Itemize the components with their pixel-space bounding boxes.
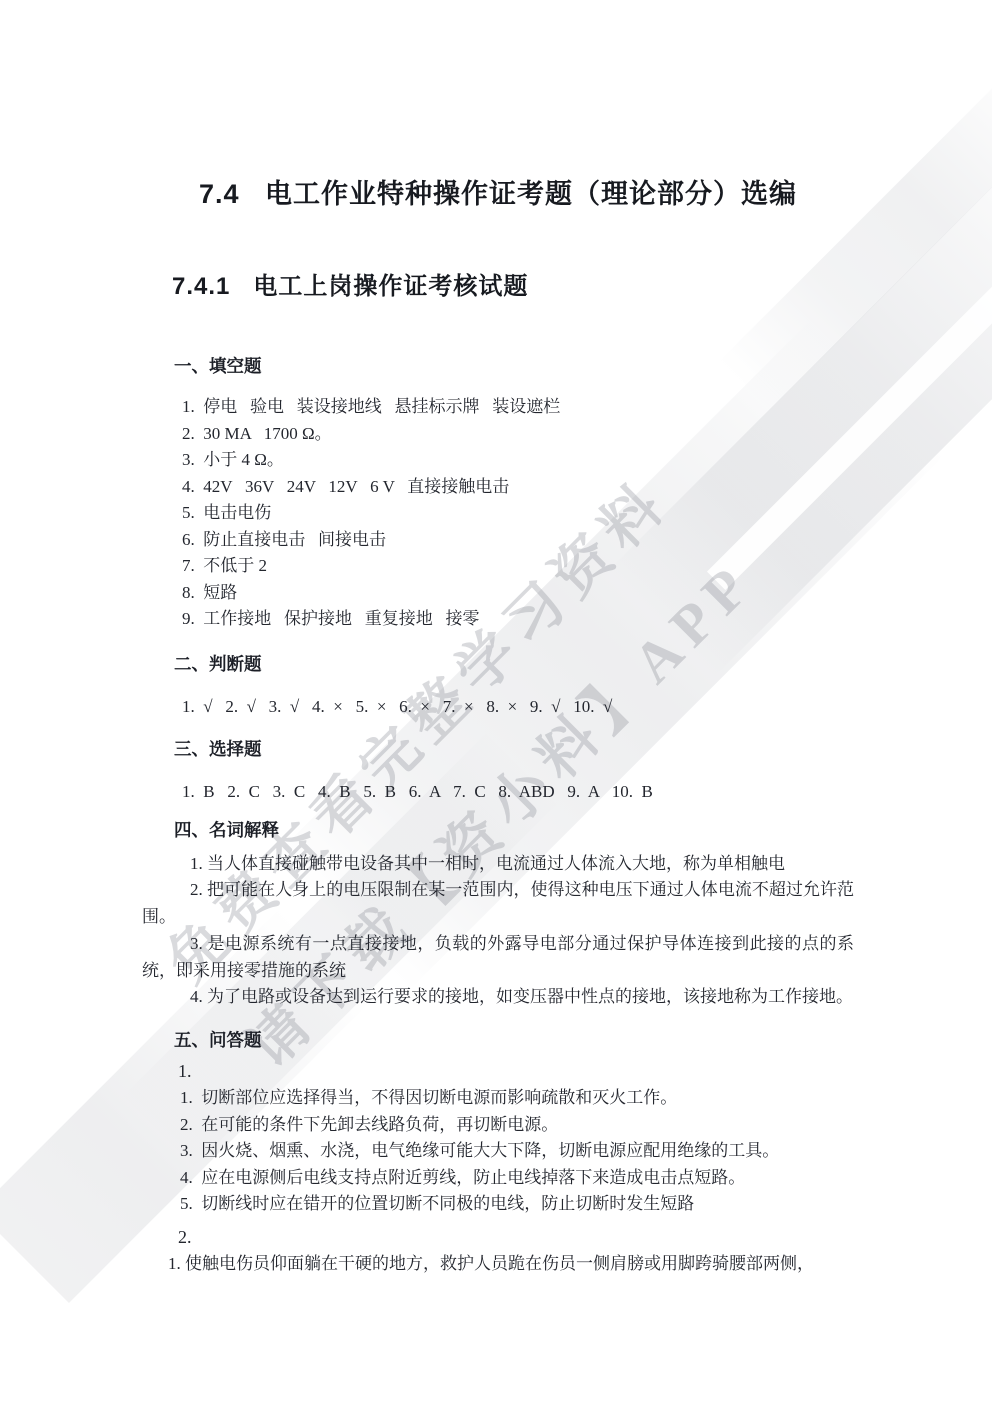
multiple-choice-answers: 1. B 2. C 3. C 4. B 5. B 6. A 7. C 8. AB…	[182, 778, 854, 805]
term-paragraph: 2. 把可能在人身上的电压限制在某一范围内，使得这种电压下通过人体电流不超过允许…	[142, 877, 854, 931]
answer-line: 3. 小于 4 Ω。	[182, 447, 854, 474]
qa-question2-first-line: 1. 使触电伤员仰面躺在干硬的地方，救护人员跪在伤员一侧肩膀或用脚跨骑腰部两侧，	[168, 1251, 854, 1278]
term-paragraph: 3. 是电源系统有一点直接接地，负载的外露导电部分通过保护导体连接到此接的点的系…	[142, 931, 854, 985]
qa-answer-line: 4. 应在电源侧后电线支持点附近剪线，防止电线掉落下来造成电击点短路。	[180, 1165, 854, 1192]
qa-answer-line: 2. 在可能的条件下先卸去线路负荷，再切断电源。	[180, 1112, 854, 1139]
document-content: 7.4 电工作业特种操作证考题（理论部分）选编 7.4.1 电工上岗操作证考核试…	[142, 0, 854, 1277]
term-paragraph: 4. 为了电路或设备达到运行要求的接地，如变压器中性点的接地，该接地称为工作接地…	[142, 984, 854, 1011]
answer-line: 5. 电击电伤	[182, 500, 854, 527]
answer-line: 7. 不低于 2	[182, 553, 854, 580]
qa-answer-line: 5. 切断线时应在错开的位置切断不同极的电线，防止切断时发生短路	[180, 1191, 854, 1218]
answer-line: 9. 工作接地 保护接地 重复接地 接零	[182, 606, 854, 633]
heading-question-answer: 五、问答题	[174, 1027, 854, 1052]
qa-answer-line: 3. 因火烧、烟熏、水浇，电气绝缘可能大大下降，切断电源应配用绝缘的工具。	[180, 1138, 854, 1165]
true-false-answers: 1. √ 2. √ 3. √ 4. × 5. × 6. × 7. × 8. × …	[182, 693, 854, 720]
answer-line: 2. 30 MA 1700 Ω。	[182, 421, 854, 448]
fill-in-blank-answers: 1. 停电 验电 装设接地线 悬挂标示牌 装设遮栏 2. 30 MA 1700 …	[142, 394, 854, 633]
answer-line: 4. 42V 36V 24V 12V 6 V 直接接触电击	[182, 474, 854, 501]
term-paragraph: 1. 当人体直接碰触带电设备其中一相时，电流通过人体流入大地，称为单相触电	[142, 851, 854, 878]
answer-line: 1. 停电 验电 装设接地线 悬挂标示牌 装设遮栏	[182, 394, 854, 421]
qa-question1-label: 1.	[178, 1058, 854, 1085]
section-title: 7.4 电工作业特种操作证考题（理论部分）选编	[142, 172, 854, 211]
heading-term-explanation: 四、名词解释	[174, 817, 854, 842]
document-page: 免费查看完整学习资料 请下载【资小料】APP 7.4 电工作业特种操作证考题（理…	[0, 0, 992, 1403]
subsection-title: 7.4.1 电工上岗操作证考核试题	[172, 266, 854, 301]
qa-question2-label: 2.	[178, 1224, 854, 1251]
answer-line: 8. 短路	[182, 580, 854, 607]
heading-true-false: 二、判断题	[174, 651, 854, 676]
term-explanations: 1. 当人体直接碰触带电设备其中一相时，电流通过人体流入大地，称为单相触电 2.…	[142, 851, 854, 1012]
qa-question1-answers: 1. 切断部位应选择得当，不得因切断电源而影响疏散和灭火工作。 2. 在可能的条…	[142, 1085, 854, 1218]
qa-answer-line: 1. 切断部位应选择得当，不得因切断电源而影响疏散和灭火工作。	[180, 1085, 854, 1112]
heading-multiple-choice: 三、选择题	[174, 736, 854, 761]
heading-fill-in-blanks: 一、填空题	[174, 353, 854, 378]
answer-line: 6. 防止直接电击 间接电击	[182, 527, 854, 554]
